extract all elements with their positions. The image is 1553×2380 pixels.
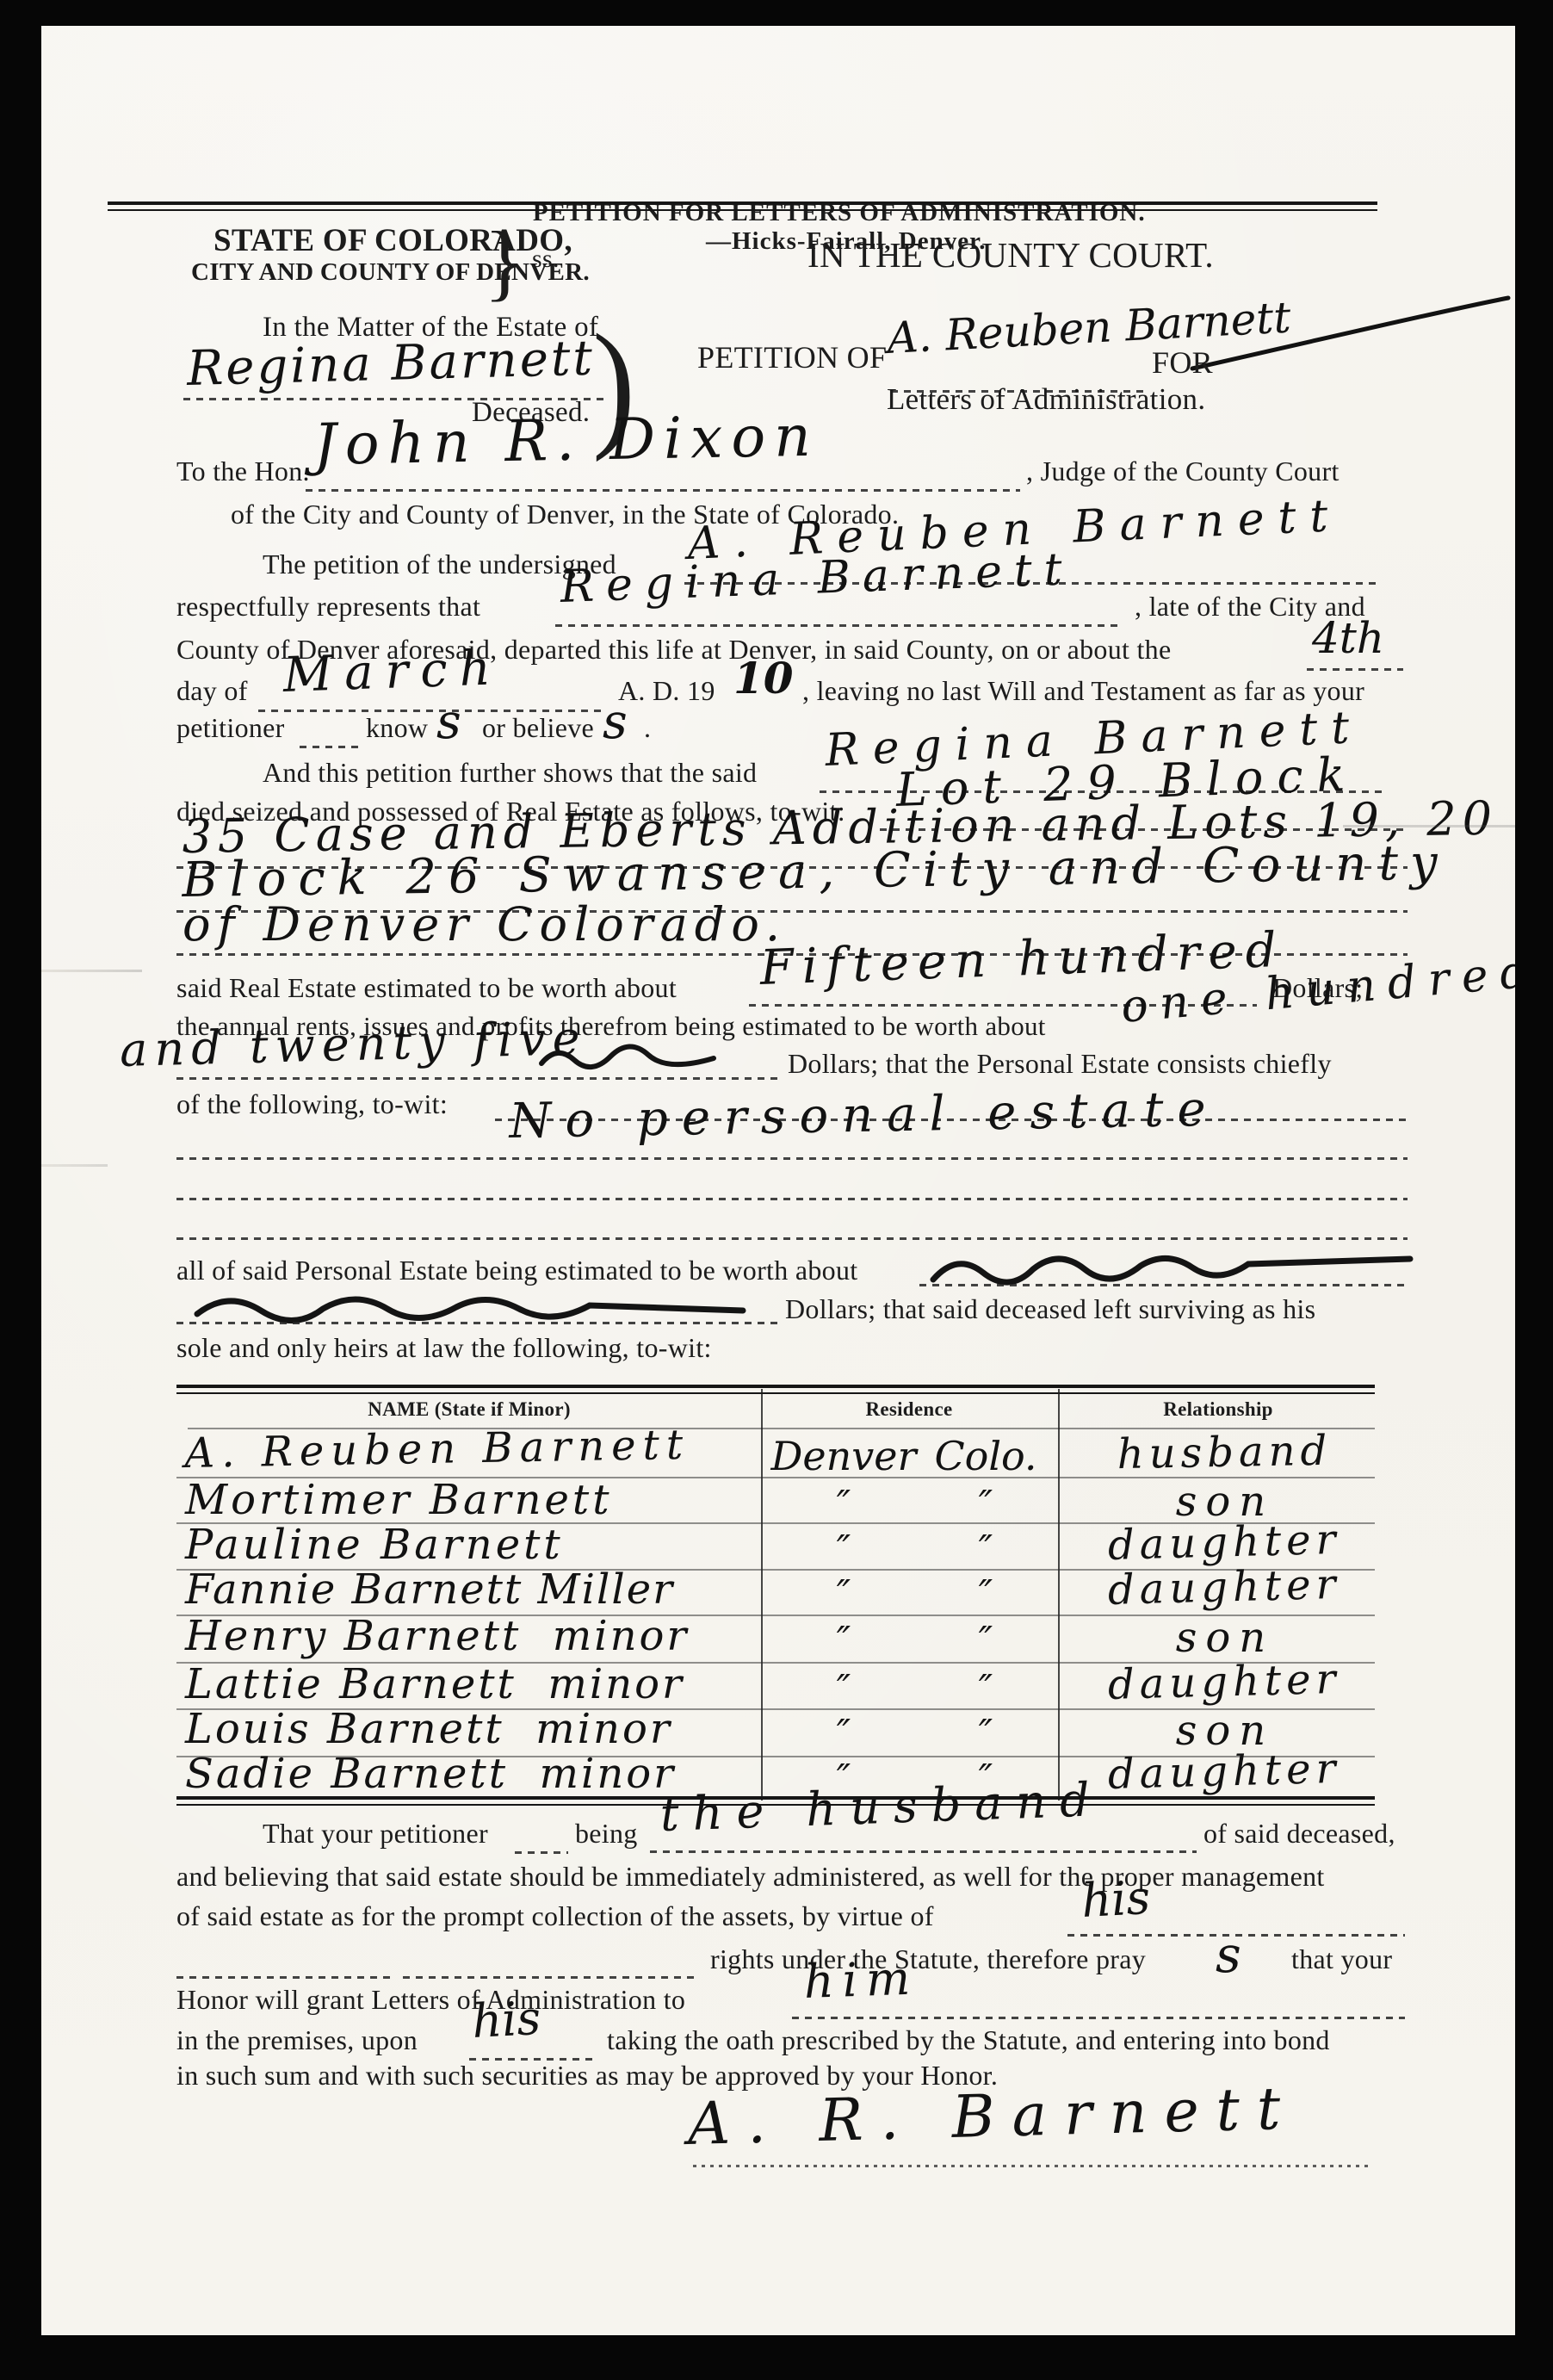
leaving-label: , leaving no last Will and Testament as … [802, 675, 1364, 707]
heir-name-handwritten: Henry Barnett minor [185, 1612, 689, 1660]
judge-title-label: , Judge of the County Court [1026, 456, 1340, 487]
dashed-fill-line [650, 1850, 1197, 1853]
his-handwritten-2: his [471, 1991, 542, 2048]
heir-name-handwritten: Lattie Barnett minor [185, 1660, 684, 1708]
heir-residence-ditto: ″ [770, 1528, 917, 1571]
premises-label: in the premises, upon [176, 2024, 418, 2056]
petition-of-label: PETITION OF [697, 339, 887, 375]
pe-dollars-label: Dollars; that said deceased left survivi… [785, 1293, 1315, 1325]
heir-residence-ditto: ″ [770, 1712, 917, 1756]
scan-border [0, 0, 41, 2380]
dashed-fill-line [176, 1077, 779, 1080]
county-caption: CITY AND COUNTY OF DENVER. [191, 258, 590, 287]
decedent-name-handwritten: Regina Barnett [186, 331, 595, 397]
dashed-fill-line [306, 489, 1020, 492]
his-handwritten-1: his [1080, 1870, 1152, 1928]
death-month-handwritten: March [282, 640, 504, 703]
collection-line: of said estate as for the prompt collect… [176, 1900, 934, 1932]
heir-residence-ditto: ″ [921, 1528, 1050, 1571]
dashed-fill-line [555, 624, 1123, 627]
him-handwritten: him [803, 1950, 919, 2009]
dashed-fill-line [515, 1851, 568, 1854]
dashed-fill-line [176, 1976, 392, 1979]
rights-label: rights under the Statute, therefore pray [710, 1943, 1146, 1975]
to-hon-label: To the Hon. [176, 456, 310, 487]
death-day-handwritten: 4th [1312, 613, 1384, 663]
heir-residence-ditto: ″ [921, 1667, 1050, 1711]
know-label: know [366, 712, 428, 744]
petitioner-word: petitioner [176, 712, 285, 744]
heir-name-handwritten: Louis Barnett minor [185, 1705, 672, 1753]
of-said-label: of said deceased, [1203, 1818, 1395, 1850]
ad-19-label: A. D. 19 [618, 675, 715, 707]
represents-label: respectfully represents that [176, 591, 480, 623]
heir-residence-ditto: ″ [921, 1619, 1050, 1663]
rents-value-handwritten-2: and twenty five [119, 1011, 587, 1077]
heir-residence-ditto: ″ [770, 1572, 917, 1616]
heir-name-handwritten: Mortimer Barnett [185, 1476, 613, 1524]
judge-name-handwritten: John R. Dixon [313, 403, 820, 478]
heir-residence-ditto: ″ [770, 1667, 917, 1711]
real-estate-handwritten-4: of Denver Colorado. [183, 897, 787, 951]
being-label: being [575, 1818, 638, 1850]
death-year-handwritten: 10 [733, 653, 794, 703]
scan-border [0, 2335, 1553, 2380]
dashed-fill-line [176, 1198, 1408, 1200]
heir-residence-handwritten: Denver [770, 1433, 917, 1479]
document-paper: PETITION FOR LETTERS OF ADMINISTRATION. … [0, 0, 1553, 2380]
believing-line: and believing that said estate should be… [176, 1861, 1325, 1893]
heir-relationship-handwritten: daughter [1073, 1654, 1376, 1710]
dashed-fill-line [176, 1237, 1408, 1240]
or-believe-label: or believe [482, 712, 594, 744]
period-label: . [644, 712, 651, 744]
prays-s-handwritten: s [1216, 1925, 1241, 1984]
knows-s-handwritten: s [436, 694, 461, 750]
worth-label: said Real Estate estimated to be worth a… [176, 972, 677, 1004]
dashed-fill-line [403, 1976, 696, 1979]
following-label: of the following, to-wit: [176, 1088, 448, 1120]
table-header-name: NAME (State if Minor) [189, 1398, 749, 1421]
day-of-label: day of [176, 675, 248, 707]
heir-name-handwritten: Pauline Barnett [185, 1521, 564, 1569]
dashed-fill-line [1307, 668, 1403, 671]
personal-estate-value-handwritten: No personal estate [509, 1082, 1220, 1150]
pen-flourish [1188, 293, 1515, 379]
table-header-relationship: Relationship [1063, 1398, 1373, 1421]
heir-relationship-handwritten: husband [1073, 1426, 1376, 1479]
dashed-fill-line [792, 2017, 1405, 2019]
table-top-rule [176, 1385, 1375, 1394]
ss-label: ss. [532, 245, 560, 274]
heir-residence-handwritten: Colo. [921, 1433, 1050, 1479]
believes-s-handwritten: s [603, 694, 628, 750]
brace-icon: } [484, 212, 525, 311]
heir-residence-ditto: ″ [770, 1483, 917, 1527]
oath-label: taking the oath prescribed by the Statut… [607, 2024, 1330, 2056]
heir-residence-ditto: ″ [770, 1619, 917, 1663]
grant-label: Honor will grant Letters of Administrati… [176, 1984, 685, 2016]
heir-relationship-handwritten: daughter [1073, 1559, 1376, 1615]
letters-label: Letters of Administration. [887, 382, 1205, 417]
heirs-label: sole and only heirs at law the following… [176, 1332, 712, 1364]
signature-underline [693, 2165, 1373, 2167]
scanned-document: PETITION FOR LETTERS OF ADMINISTRATION. … [0, 0, 1553, 2380]
header-double-rule [108, 201, 1377, 211]
dashed-fill-line [176, 1157, 1408, 1160]
heir-relationship-handwritten: daughter [1073, 1744, 1376, 1800]
table-column-divider [761, 1389, 763, 1800]
dollars-label-2: Dollars; that the Personal Estate consis… [788, 1048, 1332, 1080]
court-title: IN THE COUNTY COURT. [807, 234, 1214, 276]
that-your-label: That your petitioner [263, 1818, 488, 1850]
pe-worth-label: all of said Personal Estate being estima… [176, 1255, 857, 1286]
value-squiggle-mark [538, 1038, 719, 1072]
heir-residence-ditto: ″ [921, 1483, 1050, 1527]
scan-border [0, 0, 1553, 26]
heir-name-handwritten: Sadie Barnett minor [185, 1750, 676, 1798]
dashed-fill-line [300, 746, 360, 748]
scan-border [1515, 0, 1553, 2380]
heir-residence-ditto: ″ [921, 1712, 1050, 1756]
table-header-residence: Residence [766, 1398, 1052, 1421]
further-label: And this petition further shows that the… [263, 757, 757, 789]
that-your-label-2: that your [1291, 1943, 1392, 1975]
dashed-fill-line [919, 1284, 1408, 1286]
heir-name-handwritten: Fannie Barnett Miller [185, 1565, 674, 1614]
dashed-fill-line [176, 1322, 779, 1324]
decedent-name-handwritten: Regina Barnett [560, 543, 1075, 613]
capacity-handwritten: the husband [659, 1772, 1104, 1842]
heir-residence-ditto: ″ [921, 1572, 1050, 1616]
heir-name-handwritten: A. Reuben Barnett [184, 1421, 690, 1478]
for-label: FOR [1152, 344, 1213, 381]
table-column-divider [1058, 1389, 1060, 1800]
